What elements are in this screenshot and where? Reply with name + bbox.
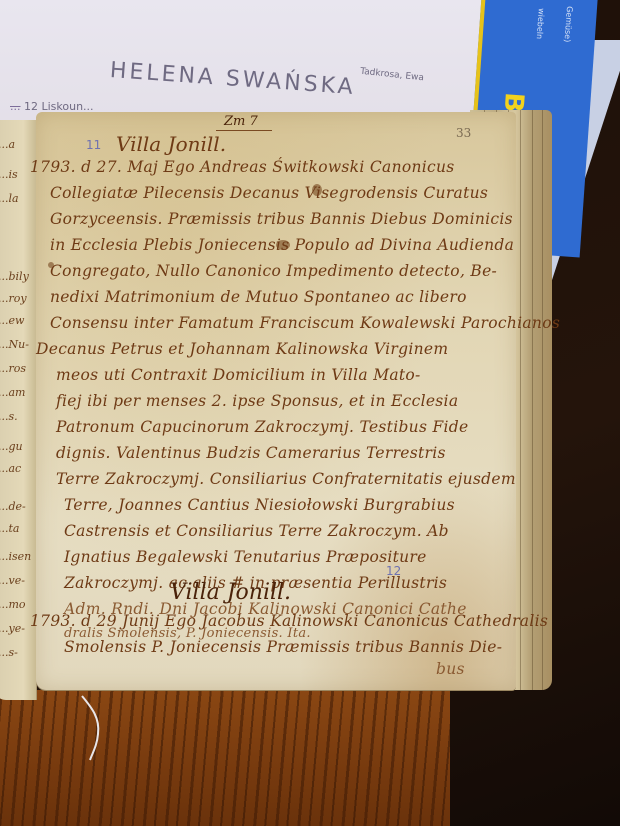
entry-2-title: Villa Jonill.: [170, 580, 291, 605]
header-mark: Zm 7: [224, 114, 258, 129]
entry-1-line: Gorzyceensis. Præmissis tribus Bannis Di…: [50, 210, 513, 228]
left-fragment: ...is: [0, 168, 18, 181]
left-fragment: ...ac: [0, 462, 21, 475]
header-underline: [216, 130, 272, 131]
entry-1-line: Terre, Joannes Cantius Niesiołowski Burg…: [64, 496, 455, 514]
left-fragment: ...ros: [0, 362, 26, 375]
left-fragment: ...bily: [0, 270, 29, 283]
pencil-number-top: 11: [86, 138, 101, 152]
manuscript-page: Zm 7 33 11 Villa Jonill. 1793. d 27. Maj…: [36, 112, 516, 690]
entry-1-line: Decanus Petrus et Johannam Kalinowska Vi…: [36, 340, 448, 358]
left-fragment: ...Nu-: [0, 338, 29, 351]
entry-1-line: fiej ibi per menses 2. ipse Sponsus, et …: [56, 392, 458, 410]
left-fragment: ...a: [0, 138, 15, 151]
thread-icon: [78, 694, 108, 762]
left-fragment: ...am: [0, 386, 25, 399]
wooden-table: [0, 690, 450, 826]
left-fragment: ...ta: [0, 522, 19, 535]
entry-1-line: Ignatius Begalewski Tenutarius Præpositu…: [64, 548, 427, 566]
left-fragment: ...ye-: [0, 622, 25, 635]
left-fragment: ...de-: [0, 500, 26, 513]
entry-2-line: Smolensis P. Joniecensis Præmissis tribu…: [64, 638, 502, 656]
entry-1-line: Patronum Capucinorum Zakroczymj. Testibu…: [56, 418, 468, 436]
entry-1-title: Villa Jonill.: [116, 132, 226, 156]
entry-1-line: in Ecclesia Plebis Joniecensis Populo ad…: [50, 236, 514, 254]
left-fragment: ...s.: [0, 410, 18, 423]
left-fragment: ...gu: [0, 440, 23, 453]
left-fragment: ...mo: [0, 598, 26, 611]
entry-1-line: 1793. d 27. Maj Ego Andreas Świtkowski C…: [30, 158, 455, 176]
entry-1-line: dignis. Valentinus Budzis Camerarius Ter…: [56, 444, 446, 462]
entry-1-line: Terre Zakroczymj. Consiliarius Confrater…: [56, 470, 516, 488]
booklet-line-2: wiebeln: [535, 8, 546, 40]
entry-1-line: Collegiatæ Pilecensis Decanus Visegroden…: [50, 184, 488, 202]
entry-1-line: Congregato, Nullo Canonico Impedimento d…: [50, 262, 497, 280]
entry-1-line: Castrensis et Consiliarius Terre Zakrocz…: [64, 522, 449, 540]
left-fragment: ...ew: [0, 314, 24, 327]
entry-1-line: meos uti Contraxit Domicilium in Villa M…: [56, 366, 421, 384]
entry-1-line: Consensu inter Famatum Franciscum Kowale…: [50, 314, 560, 332]
left-fragment: ...isen: [0, 550, 31, 563]
page-number: 33: [456, 126, 471, 140]
left-fragment: ...la: [0, 192, 19, 205]
entry-1-line: nedixi Matrimonium de Mutuo Spontaneo ac…: [50, 288, 467, 306]
left-fragment: ...s-: [0, 646, 18, 659]
struck-ref: ...: [10, 100, 21, 113]
photo-scene: HELENA SWAŃSKA Tadkrosa, Ewa ... 12 Lisk…: [0, 0, 620, 826]
left-fragment: ...ve-: [0, 574, 25, 587]
booklet-line-1: Gemüse): [563, 6, 575, 43]
pencil-number-bottom: 12: [386, 564, 401, 578]
entry-2-line: 1793. d 29 Junij Ego Jacobus Kalinowski …: [30, 612, 548, 630]
left-fragment: ...roy: [0, 292, 27, 305]
entry-2-line: bus: [436, 660, 465, 678]
